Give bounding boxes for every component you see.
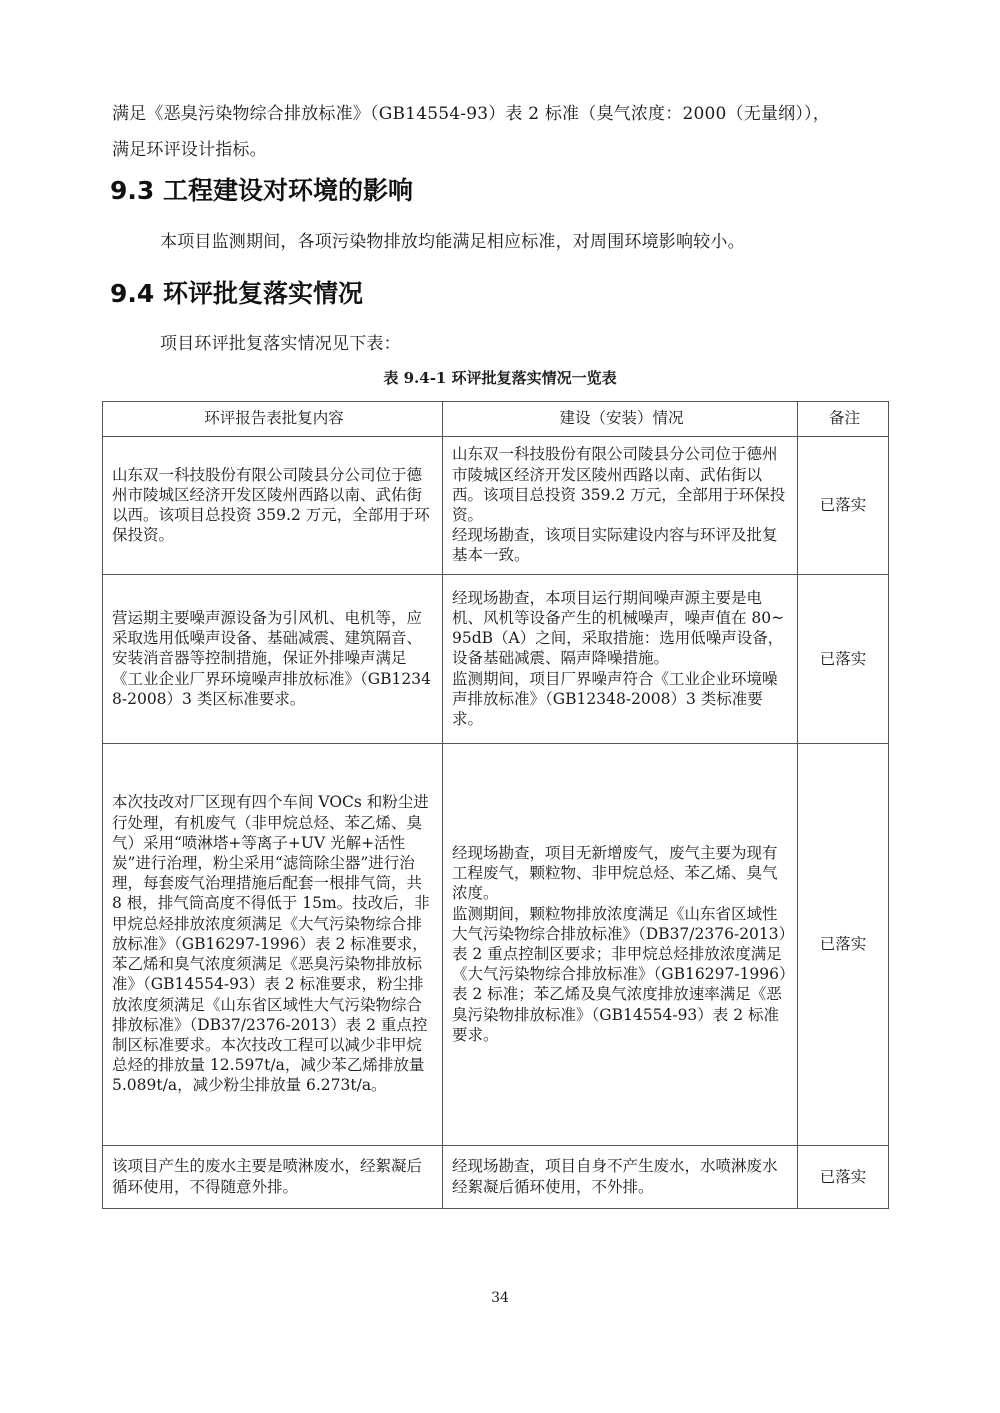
approval-cell: 该项目产生的废水主要是喷淋废水，经絮凝后循环使用，不得随意外排。 (103, 1146, 443, 1209)
approval-cell: 山东双一科技股份有限公司陵县分公司位于德州市陵城区经济开发区陵州西路以南、武佑街… (103, 437, 443, 575)
page-number: 34 (0, 1290, 1000, 1306)
status-line: 经现场勘查，该项目实际建设内容与环评及批复基本一致。 (452, 525, 791, 565)
section-heading-9-3: 9.3 工程建设对环境的影响 (110, 176, 413, 206)
table-row: 山东双一科技股份有限公司陵县分公司位于德州市陵城区经济开发区陵州西路以南、武佑街… (103, 437, 889, 575)
section-9-3-body: 本项目监测期间，各项污染物排放均能满足相应标准，对周围环境影响较小。 (160, 232, 940, 252)
approval-cell: 营运期主要噪声源设备为引风机、电机等，应采取选用低噪声设备、基础减震、建筑隔音、… (103, 575, 443, 744)
document-page: 满足《恶臭污染物综合排放标准》（GB14554-93）表 2 标准（臭气浓度：2… (0, 0, 1000, 1413)
approval-implementation-table: 环评报告表批复内容 建设（安装）情况 备注 山东双一科技股份有限公司陵县分公司位… (102, 401, 889, 1209)
note-cell: 已落实 (798, 437, 889, 575)
intro-paragraph-line-1: 满足《恶臭污染物综合排放标准》（GB14554-93）表 2 标准（臭气浓度：2… (112, 104, 892, 124)
table-row: 该项目产生的废水主要是喷淋废水，经絮凝后循环使用，不得随意外排。 经现场勘查，项… (103, 1146, 889, 1209)
status-line: 经现场勘查，本项目运行期间噪声源主要是电机、风机等设备产生的机械噪声，噪声值在 … (452, 588, 791, 669)
status-line: 监测期间，项目厂界噪声符合《工业企业环境噪声排放标准》（GB12348-2008… (452, 669, 791, 730)
table-row: 营运期主要噪声源设备为引风机、电机等，应采取选用低噪声设备、基础减震、建筑隔音、… (103, 575, 889, 744)
status-cell: 山东双一科技股份有限公司陵县分公司位于德州市陵城区经济开发区陵州西路以南、武佑街… (443, 437, 798, 575)
status-cell: 经现场勘查，本项目运行期间噪声源主要是电机、风机等设备产生的机械噪声，噪声值在 … (443, 575, 798, 744)
column-header-note: 备注 (798, 402, 889, 437)
section-heading-9-4: 9.4 环评批复落实情况 (110, 279, 363, 309)
column-header-construction-status: 建设（安装）情况 (443, 402, 798, 437)
table-caption: 表 9.4-1 环评批复落实情况一览表 (0, 368, 1000, 388)
table-header-row: 环评报告表批复内容 建设（安装）情况 备注 (103, 402, 889, 437)
approval-cell: 本次技改对厂区现有四个车间 VOCs 和粉尘进行处理，有机废气（非甲烷总烃、苯乙… (103, 744, 443, 1146)
note-cell: 已落实 (798, 1146, 889, 1209)
note-cell: 已落实 (798, 744, 889, 1146)
status-line: 经现场勘查，项目无新增废气，废气主要为现有工程废气，颗粒物、非甲烷总烃、苯乙烯、… (452, 843, 791, 904)
status-line: 山东双一科技股份有限公司陵县分公司位于德州市陵城区经济开发区陵州西路以南、武佑街… (452, 444, 791, 525)
column-header-approval: 环评报告表批复内容 (103, 402, 443, 437)
status-cell: 经现场勘查，项目自身不产生废水，水喷淋废水经絮凝后循环使用，不外排。 (443, 1146, 798, 1209)
section-9-4-body: 项目环评批复落实情况见下表： (160, 334, 940, 354)
status-line: 经现场勘查，项目自身不产生废水，水喷淋废水经絮凝后循环使用，不外排。 (452, 1156, 791, 1196)
note-cell: 已落实 (798, 575, 889, 744)
status-line: 监测期间，颗粒物排放浓度满足《山东省区域性大气污染物综合排放标准》（DB37/2… (452, 904, 791, 1045)
status-cell: 经现场勘查，项目无新增废气，废气主要为现有工程废气，颗粒物、非甲烷总烃、苯乙烯、… (443, 744, 798, 1146)
intro-paragraph-line-2: 满足环评设计指标。 (112, 140, 892, 160)
table-row: 本次技改对厂区现有四个车间 VOCs 和粉尘进行处理，有机废气（非甲烷总烃、苯乙… (103, 744, 889, 1146)
